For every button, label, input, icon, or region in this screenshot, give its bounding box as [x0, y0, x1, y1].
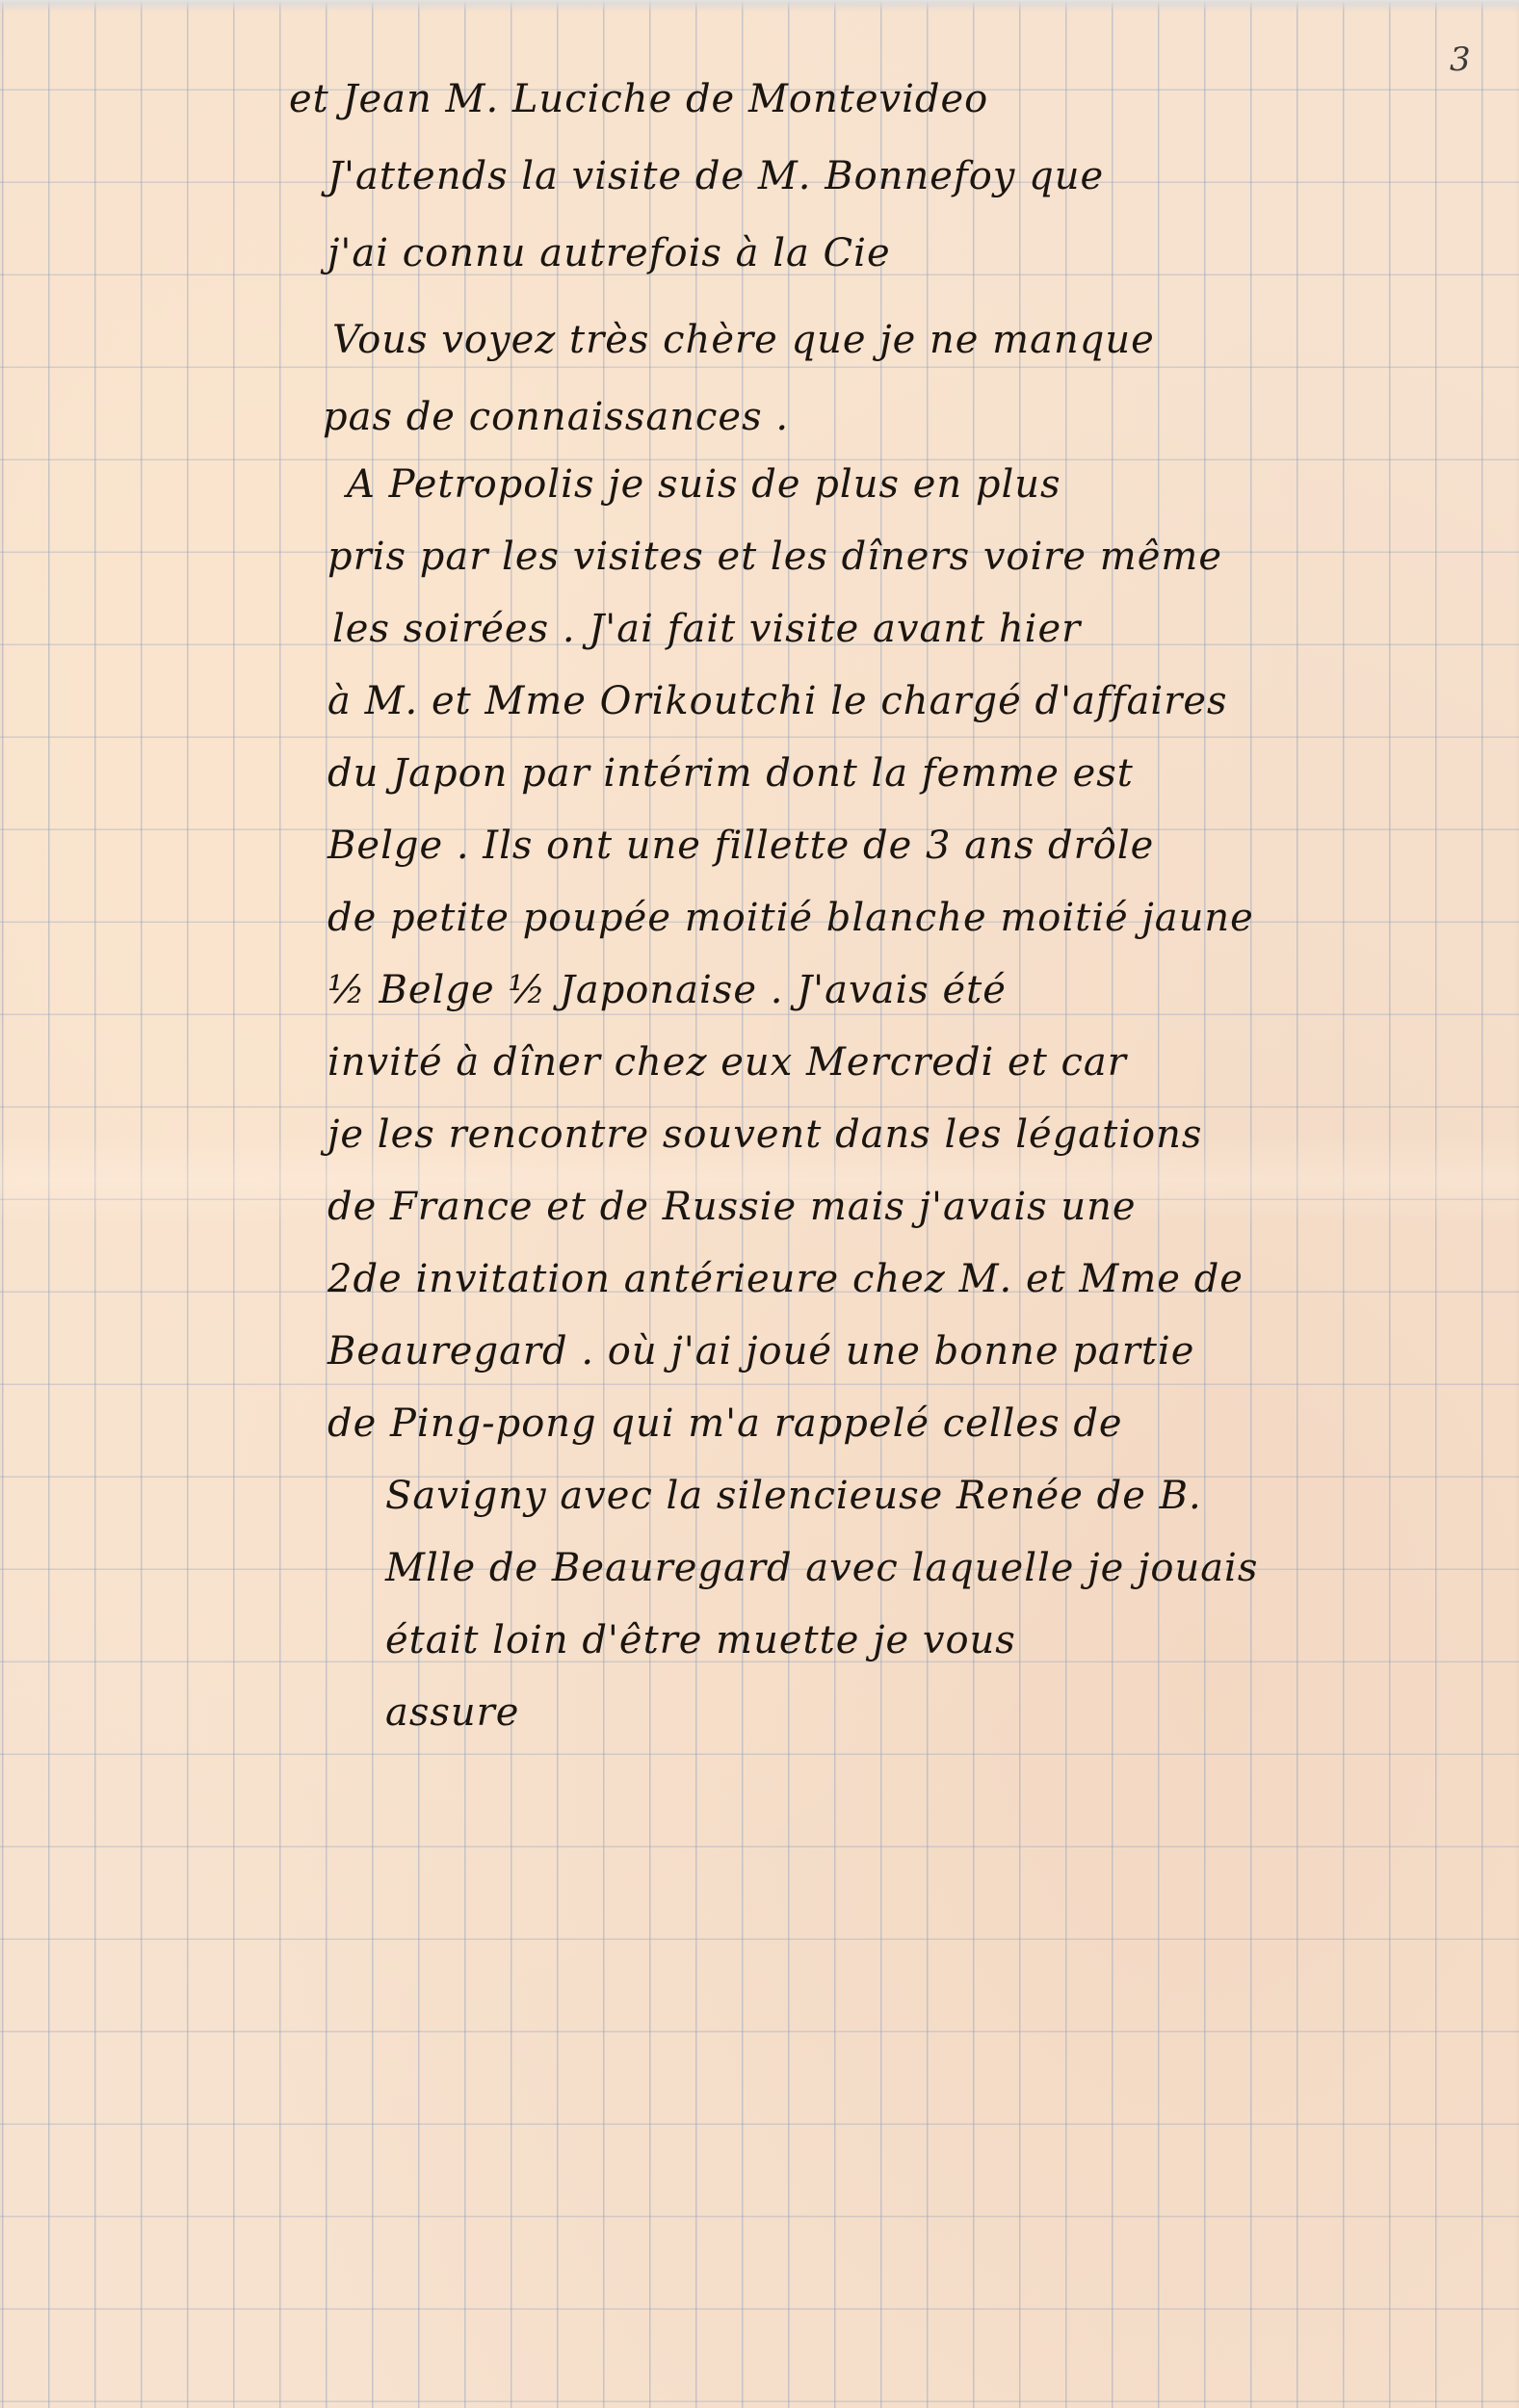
text-line: du Japon par intérim dont la femme est [327, 751, 1134, 796]
text-line: assure [385, 1690, 519, 1735]
handwritten-text: et Jean M. Luciche de Montevideo J'atten… [0, 0, 1519, 2408]
text-line: invité à dîner chez eux Mercredi et car [327, 1040, 1127, 1085]
text-line: Beauregard . où j'ai joué une bonne part… [327, 1329, 1194, 1374]
letter-page: 3 et Jean M. Luciche de Montevideo J'att… [0, 0, 1519, 2408]
text-line: était loin d'être muette je vous [385, 1618, 1016, 1662]
text-line: 2de invitation antérieure chez M. et Mme… [327, 1257, 1244, 1301]
text-line: Savigny avec la silencieuse Renée de B. [385, 1474, 1202, 1518]
text-line: J'attends la visite de M. Bonnefoy que [327, 154, 1104, 198]
text-line: pris par les visites et les dîners voire… [327, 535, 1222, 579]
text-line: à M. et Mme Orikoutchi le chargé d'affai… [327, 679, 1228, 723]
text-line: et Jean M. Luciche de Montevideo [289, 77, 988, 121]
text-line: je les rencontre souvent dans les légati… [327, 1112, 1202, 1157]
text-line: pas de connaissances . [323, 395, 789, 439]
text-line: Mlle de Beauregard avec laquelle je joua… [385, 1546, 1258, 1590]
text-line: de petite poupée moitié blanche moitié j… [327, 896, 1254, 940]
text-line: Vous voyez très chère que je ne manque [332, 318, 1155, 362]
text-line: de France et de Russie mais j'avais une [327, 1185, 1137, 1229]
text-line: A Petropolis je suis de plus en plus [347, 462, 1061, 507]
text-line: ½ Belge ½ Japonaise . J'avais été [327, 968, 1007, 1012]
text-line: Belge . Ils ont une fillette de 3 ans dr… [327, 824, 1154, 868]
text-line: de Ping-pong qui m'a rappelé celles de [327, 1401, 1123, 1446]
text-line: les soirées . J'ai fait visite avant hie… [332, 607, 1081, 651]
text-line: j'ai connu autrefois à la Cie [327, 231, 891, 275]
